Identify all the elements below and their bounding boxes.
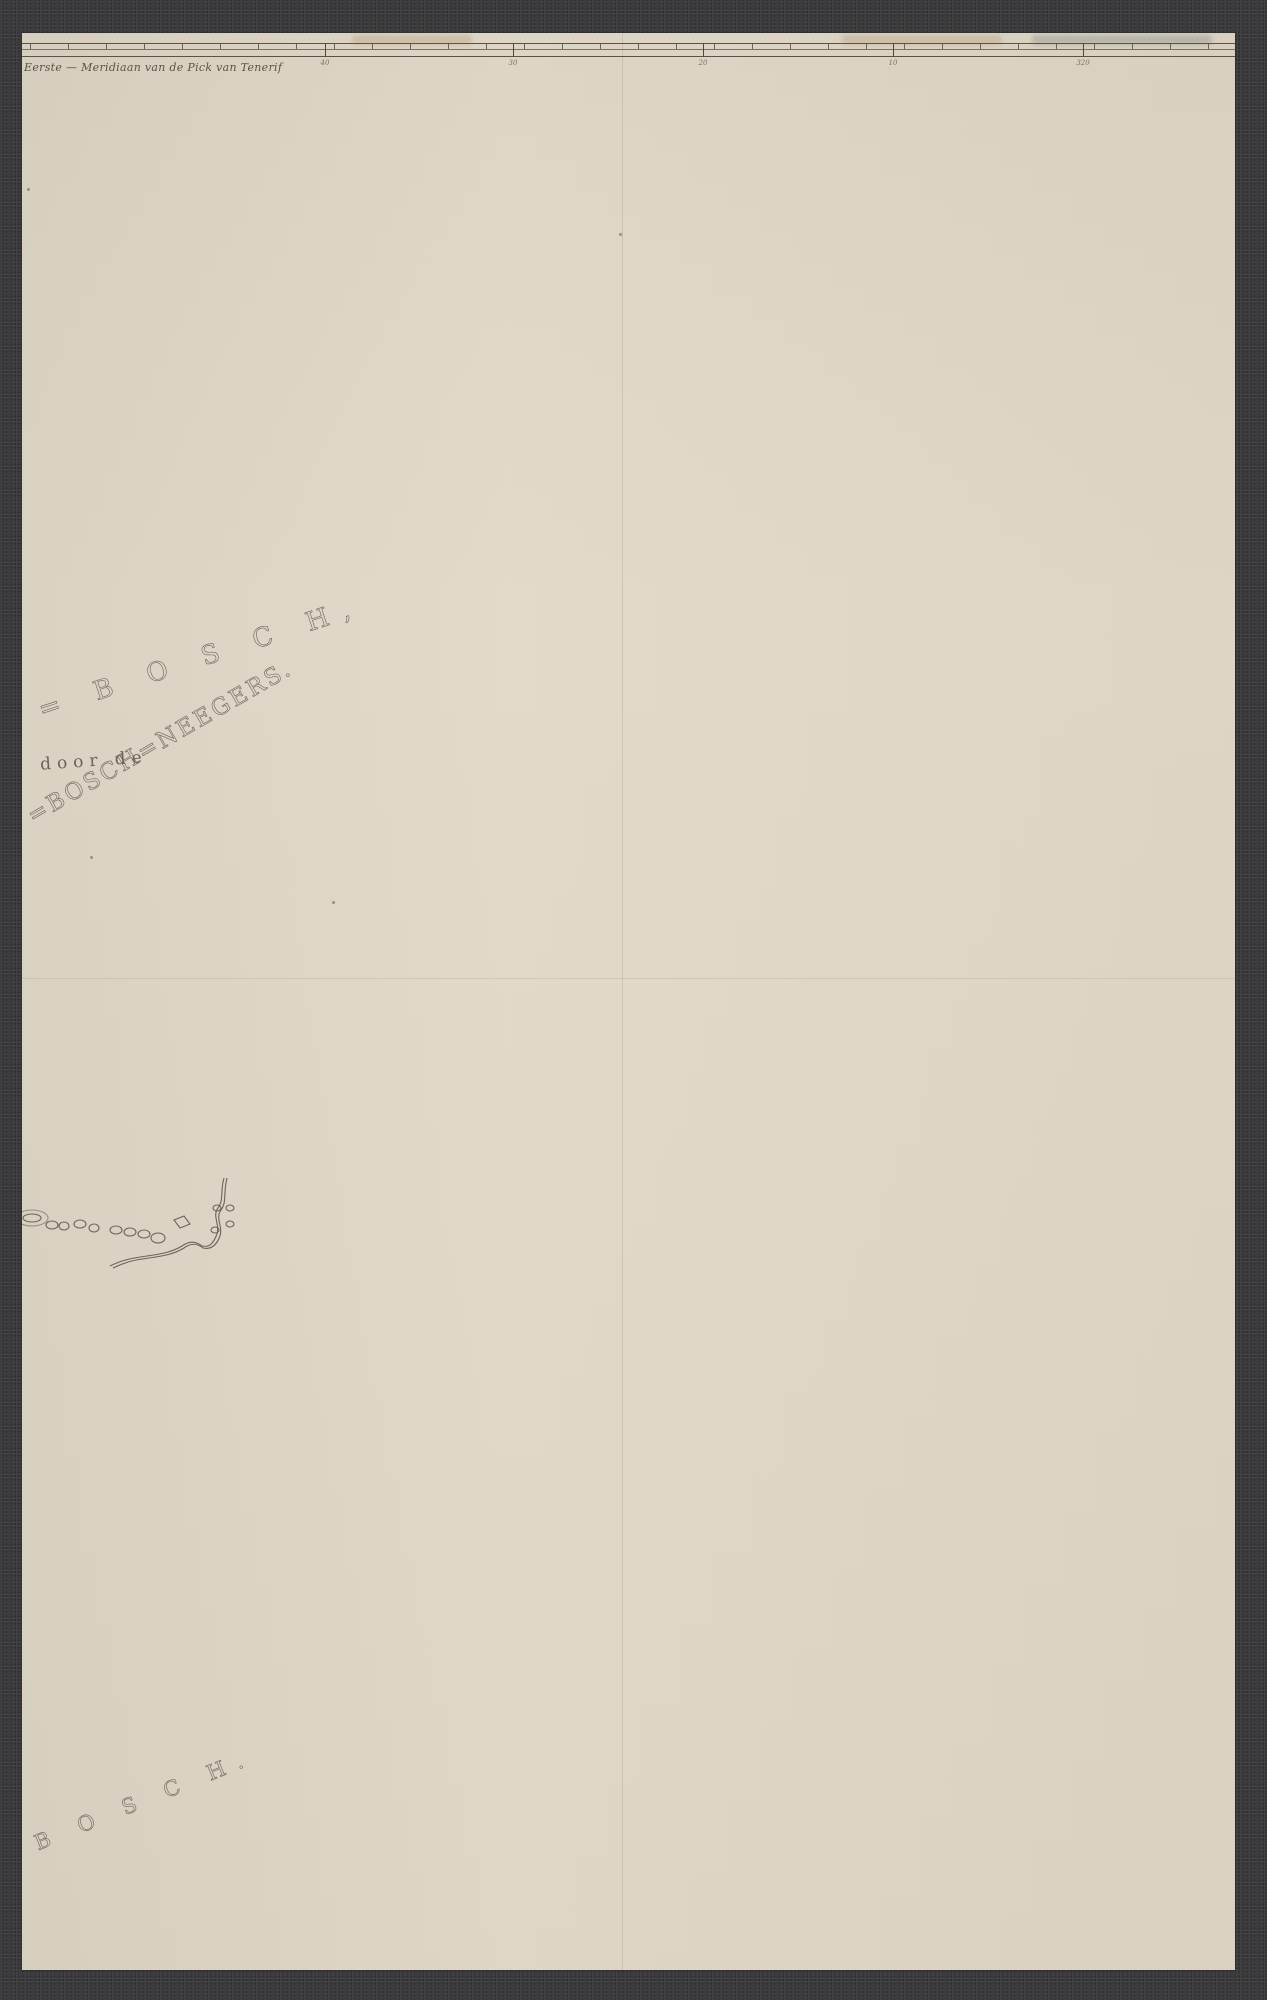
speck: [619, 233, 622, 236]
major-tick: [513, 43, 514, 57]
scale-label: 30: [509, 59, 518, 67]
meridian-label: Eerste — Meridiaan van de Pick van Tener…: [24, 61, 282, 74]
horizontal-fold-line: [22, 978, 1235, 979]
scale-label: 320: [1076, 59, 1089, 67]
speck: [27, 188, 30, 191]
longitude-scale-bar: [22, 43, 1235, 57]
major-tick: [703, 43, 704, 57]
speck: [332, 901, 335, 904]
major-tick: [1083, 43, 1084, 57]
region-label-bosch-bottom: B O S C H.: [31, 1745, 258, 1855]
map-sheet: 40 30 20 10 320 Eerste — Meridiaan van d…: [22, 33, 1235, 1970]
major-tick: [325, 43, 326, 57]
scale-label: 40: [321, 59, 330, 67]
scale-label: 20: [699, 59, 708, 67]
vertical-fold-line: [622, 33, 623, 1970]
scale-label: 10: [889, 59, 898, 67]
major-tick: [893, 43, 894, 57]
river-icon: [22, 1168, 262, 1308]
speck: [90, 856, 93, 859]
